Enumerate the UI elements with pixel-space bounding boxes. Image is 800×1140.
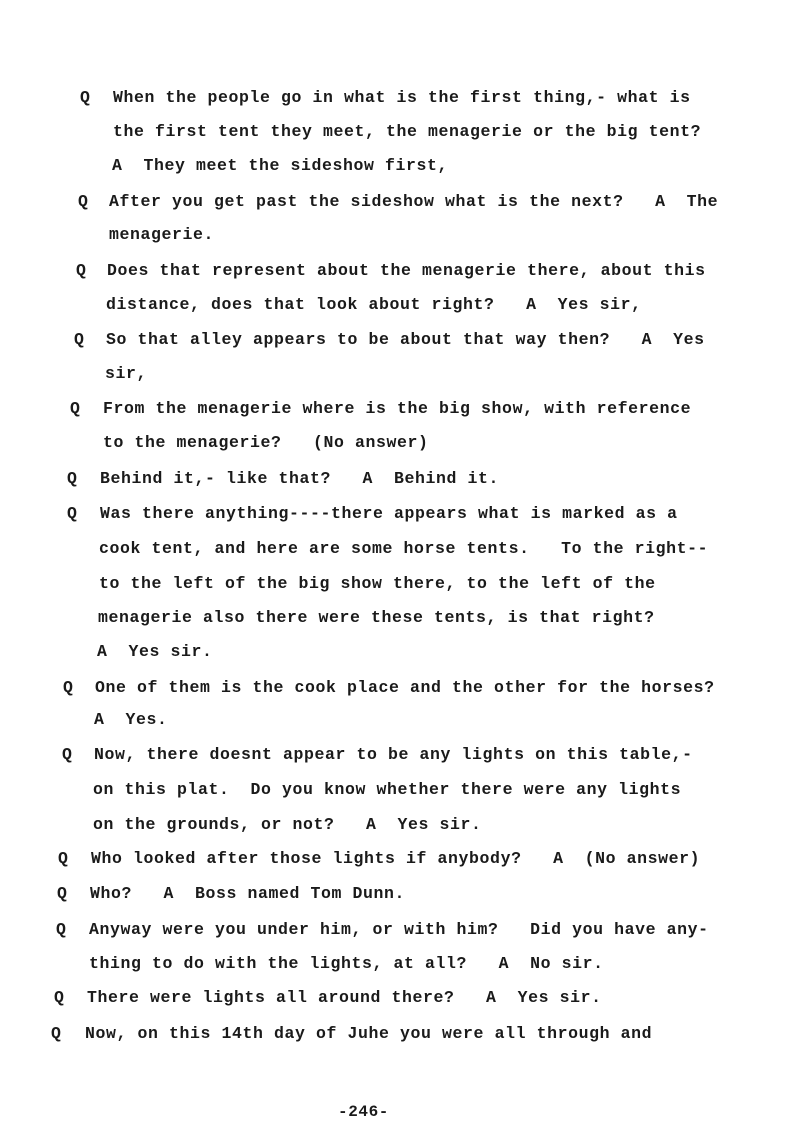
- question-marker: Q: [51, 1024, 62, 1044]
- transcript-line: When the people go in what is the first …: [113, 88, 691, 108]
- question-marker: Q: [56, 920, 67, 940]
- transcript-line: Was there anything----there appears what…: [100, 504, 678, 524]
- transcript-line: Anyway were you under him, or with him? …: [89, 920, 709, 940]
- question-marker: Q: [57, 884, 68, 904]
- transcript-line: A They meet the sideshow first,: [112, 156, 448, 176]
- transcript-line: to the left of the big show there, to th…: [99, 574, 656, 594]
- question-marker: Q: [54, 988, 65, 1008]
- question-marker: Q: [74, 330, 85, 350]
- transcript-line: menagerie also there were these tents, i…: [98, 608, 655, 628]
- transcript-line: So that alley appears to be about that w…: [106, 330, 705, 350]
- transcript-line: From the menagerie where is the big show…: [103, 399, 691, 419]
- question-marker: Q: [58, 849, 69, 869]
- transcript-line: A Yes sir.: [97, 642, 213, 662]
- transcript-line: Who? A Boss named Tom Dunn.: [90, 884, 405, 904]
- transcript-line: Behind it,- like that? A Behind it.: [100, 469, 499, 489]
- transcript-line: menagerie.: [109, 225, 214, 245]
- transcript-line: Now, there doesnt appear to be any light…: [94, 745, 693, 765]
- question-marker: Q: [67, 469, 78, 489]
- transcript-line: Now, on this 14th day of Juhe you were a…: [85, 1024, 652, 1044]
- question-marker: Q: [78, 192, 89, 212]
- question-marker: Q: [67, 504, 78, 524]
- transcript-line: on the grounds, or not? A Yes sir.: [93, 815, 482, 835]
- transcript-line: There were lights all around there? A Ye…: [87, 988, 602, 1008]
- transcript-line: Who looked after those lights if anybody…: [91, 849, 700, 869]
- question-marker: Q: [76, 261, 87, 281]
- question-marker: Q: [80, 88, 91, 108]
- transcript-line: A Yes.: [94, 710, 168, 730]
- transcript-line: Does that represent about the menagerie …: [107, 261, 706, 281]
- transcript-line: distance, does that look about right? A …: [106, 295, 642, 315]
- transcript-line: cook tent, and here are some horse tents…: [99, 539, 708, 559]
- transcript-line: on this plat. Do you know whether there …: [93, 780, 681, 800]
- transcript-line: One of them is the cook place and the ot…: [95, 678, 715, 698]
- transcript-line: to the menagerie? (No answer): [103, 433, 429, 453]
- transcript-line: After you get past the sideshow what is …: [109, 192, 718, 212]
- question-marker: Q: [62, 745, 73, 765]
- transcript-page: Q When the people go in what is the firs…: [0, 0, 800, 1140]
- transcript-line: thing to do with the lights, at all? A N…: [89, 954, 604, 974]
- question-marker: Q: [70, 399, 81, 419]
- transcript-line: sir,: [105, 364, 147, 384]
- question-marker: Q: [63, 678, 74, 698]
- transcript-line: the first tent they meet, the menagerie …: [113, 122, 701, 142]
- page-number: -246-: [338, 1103, 389, 1121]
